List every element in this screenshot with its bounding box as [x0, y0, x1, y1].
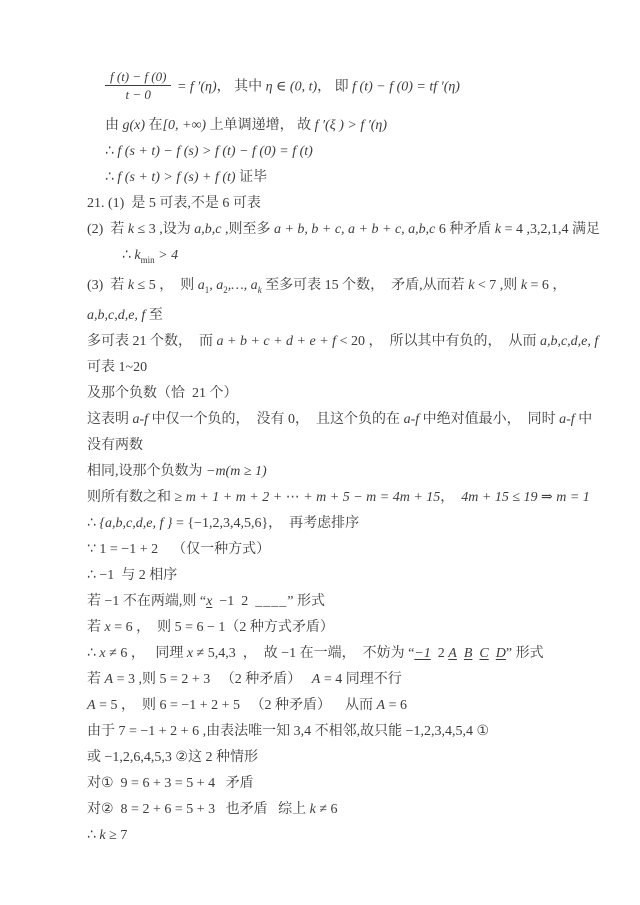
text-segment: min: [141, 255, 155, 265]
text-segment: < 7 ,则: [474, 278, 520, 293]
text-segment: = 6 ， 则 5 = 6 − 1（2 种方式矛盾）: [111, 620, 334, 635]
text-segment: g(x): [123, 118, 146, 133]
text-segment: ____: [255, 594, 287, 609]
text-segment: ,则至多: [221, 222, 274, 237]
document-body: f (t) − f (0)t − 0 = f ′(η)， 其中 η ∈ (0, …: [87, 66, 600, 849]
text-segment: ,…, a: [228, 278, 258, 293]
text-segment: 中仅一个负的， 没有 0， 且这个负的在: [148, 412, 404, 427]
text-segment: (3) 若: [87, 278, 128, 293]
text-line: 则所有数之和 ≥ m + 1 + m + 2 + ⋯ + m + 5 − m =…: [87, 485, 600, 511]
text-segment: 则所有数之和 ≥: [87, 490, 186, 505]
text-segment: ≤ 3 ,设为: [134, 222, 194, 237]
text-segment: ≠ 6 ， 同理: [106, 646, 187, 661]
text-segment: A: [87, 698, 96, 713]
text-segment: 对① 9 = 6 + 3 = 5 + 4 矛盾: [87, 776, 254, 791]
text-segment: 上单调递增， 故: [206, 118, 315, 133]
text-segment: 多可表 21 个数， 而: [87, 334, 217, 349]
text-segment: = {−1,2,3,4,5,6}， 再考虑排序: [172, 516, 359, 531]
text-line: ∴ {a,b,c,d,e, f } = {−1,2,3,4,5,6}， 再考虑排…: [87, 511, 600, 537]
text-segment: 证毕: [236, 170, 268, 185]
text-segment: ∵ 1 = −1 + 2 （仅一种方式）: [87, 542, 270, 557]
text-segment: > 4: [155, 248, 178, 263]
text-line: 若 A = 3 ,则 5 = 2 + 3 （2 种矛盾） A = 4 同理不行: [87, 667, 600, 693]
text-segment: ， 即: [317, 80, 352, 95]
text-segment: −1 2: [212, 594, 255, 609]
text-line: 若 −1 不在两端,则 “x −1 2 ____” 形式: [87, 589, 600, 615]
text-segment: 在: [145, 118, 163, 133]
text-segment: = 5 ， 则 6 = −1 + 2 + 5 （2 种矛盾） 从而: [96, 698, 377, 713]
text-segment: 由于 7 = −1 + 2 + 6 ,由表法唯一知 3,4 不相邻,故只能 −1…: [87, 724, 489, 739]
fraction-numerator: f (t) − f (0): [105, 68, 171, 85]
text-line: ∵ 1 = −1 + 2 （仅一种方式）: [87, 537, 600, 563]
text-segment: D: [496, 646, 506, 661]
text-segment: ∴: [87, 646, 99, 661]
text-segment: ” 形式: [506, 646, 544, 661]
text-segment: a: [198, 278, 205, 293]
text-segment: a,b,c: [194, 222, 221, 237]
text-segment: A: [105, 672, 114, 687]
text-segment: C: [479, 646, 488, 661]
text-line: ∴ k ≥ 7: [87, 823, 600, 849]
text-line: 或 −1,2,6,4,5,3 ②这 2 种情形: [87, 745, 600, 771]
text-line: f (t) − f (0)t − 0 = f ′(η)， 其中 η ∈ (0, …: [105, 66, 600, 113]
text-segment: f (t) − f (0) = tf ′(η): [352, 80, 460, 95]
text-segment: 至多可表 15 个数， 矛盾,从而若: [262, 278, 469, 293]
text-segment: 中绝对值最小， 同时: [419, 412, 559, 427]
text-segment: ∴: [122, 248, 134, 263]
text-line: 由 g(x) 在[0, +∞) 上单调递增， 故 f ′(ξ ) > f ′(η…: [105, 113, 600, 139]
text-line: 这表明 a-f 中仅一个负的， 没有 0， 且这个负的在 a-f 中绝对值最小，…: [87, 407, 600, 459]
text-segment: ” 形式: [287, 594, 325, 609]
text-segment: a + b + c + d + e + f: [217, 334, 337, 349]
text-segment: ∴: [105, 170, 117, 185]
text-line: 由于 7 = −1 + 2 + 6 ,由表法唯一知 3,4 不相邻,故只能 −1…: [87, 719, 600, 745]
text-segment: < 20 ， 所以其中有负的， 从而: [336, 334, 540, 349]
text-line: ∴ kmin > 4: [122, 243, 600, 273]
text-segment: ∴ −1 与 2 相序: [87, 568, 177, 583]
text-segment: A: [448, 646, 457, 661]
text-segment: 2: [431, 646, 449, 661]
text-line: ∴ f (s + t) − f (s) > f (t) − f (0) = f …: [105, 139, 600, 165]
text-segment: 由: [105, 118, 123, 133]
text-segment: ≤ 5 ， 则: [134, 278, 198, 293]
text-segment: 这表明: [87, 412, 133, 427]
text-segment: 及那个负数（恰 21 个）: [87, 386, 238, 401]
text-segment: = 3 ,则 5 = 2 + 3 （2 种矛盾）: [113, 672, 312, 687]
text-line: ∴ f (s + t) > f (s) + f (t) 证毕: [105, 165, 600, 191]
text-segment: a,b,c,d,e, f: [87, 308, 145, 323]
text-segment: ∴: [87, 828, 99, 843]
text-segment: = 4 ,3,2,1,4 满足: [501, 222, 600, 237]
text-segment: ≠ 5,4,3 ， 故 −1 在一端， 不妨为 “: [193, 646, 414, 661]
text-segment: = 4 同理不行: [320, 672, 401, 687]
text-segment: ，: [440, 490, 461, 505]
text-segment: a-f: [133, 412, 149, 427]
text-segment: −m(m ≥ 1): [206, 464, 267, 479]
text-segment: ≠ 6: [316, 802, 338, 817]
text-segment: ∴: [87, 516, 99, 531]
text-segment: , a: [209, 278, 223, 293]
text-segment: A: [377, 698, 386, 713]
text-line: 多可表 21 个数， 而 a + b + c + d + e + f < 20 …: [87, 329, 600, 381]
text-line: (2) 若 k ≤ 3 ,设为 a,b,c ,则至多 a + b, b + c,…: [87, 217, 600, 243]
text-segment: a-f: [559, 412, 575, 427]
text-segment: m + 1 + m + 2 + ⋯ + m + 5 − m = 4m + 15: [186, 490, 441, 505]
text-line: A = 5 ， 则 6 = −1 + 2 + 5 （2 种矛盾） 从而 A = …: [87, 693, 600, 719]
text-segment: ， 其中: [217, 80, 266, 95]
text-segment: a,b,c,d,e, f: [540, 334, 598, 349]
text-segment: 6 种矛盾: [435, 222, 495, 237]
text-segment: a + b, b + c, a + b + c, a,b,c: [274, 222, 435, 237]
text-segment: = 6 ，: [527, 278, 573, 293]
text-segment: f (s + t) > f (s) + f (t): [117, 170, 235, 185]
text-line: ∴ −1 与 2 相序: [87, 563, 600, 589]
text-line: 对① 9 = 6 + 3 = 5 + 4 矛盾: [87, 771, 600, 797]
fraction-denominator: t − 0: [105, 85, 171, 103]
text-segment: 21. (1) 是 5 可表,不是 6 可表: [87, 196, 261, 211]
text-segment: = 6: [385, 698, 407, 713]
text-segment: 对② 8 = 2 + 6 = 5 + 3 也矛盾 综上: [87, 802, 310, 817]
math-fraction: f (t) − f (0)t − 0: [105, 68, 171, 103]
text-segment: ≥ 7: [106, 828, 128, 843]
text-line: 及那个负数（恰 21 个）: [87, 381, 600, 407]
text-segment: = f ′(η): [173, 80, 216, 95]
text-line: (3) 若 k ≤ 5 ， 则 a1, a2,…, ak 至多可表 15 个数，…: [87, 273, 600, 329]
text-line: 若 x = 6 ， 则 5 = 6 − 1（2 种方式矛盾）: [87, 615, 600, 641]
text-line: 相同,设那个负数为 −m(m ≥ 1): [87, 459, 600, 485]
text-segment: {a,b,c,d,e, f }: [99, 516, 172, 531]
text-segment: a-f: [404, 412, 420, 427]
text-segment: ∴: [105, 144, 117, 159]
text-line: 对② 8 = 2 + 6 = 5 + 3 也矛盾 综上 k ≠ 6: [87, 797, 600, 823]
text-segment: (2) 若: [87, 222, 128, 237]
text-segment: [0, +∞): [163, 118, 207, 133]
text-segment: 若: [87, 620, 105, 635]
text-segment: [489, 646, 496, 661]
text-segment: 若 −1 不在两端,则 “: [87, 594, 206, 609]
text-segment: −1: [414, 646, 430, 661]
text-line: 21. (1) 是 5 可表,不是 6 可表: [87, 191, 600, 217]
text-segment: η ∈ (0, t): [266, 80, 318, 95]
document-page: f (t) − f (0)t − 0 = f ′(η)， 其中 η ∈ (0, …: [0, 0, 640, 905]
text-line: ∴ x ≠ 6 ， 同理 x ≠ 5,4,3 ， 故 −1 在一端， 不妨为 “…: [87, 641, 600, 667]
text-segment: f ′(ξ ) > f ′(η): [315, 118, 387, 133]
text-segment: 若: [87, 672, 105, 687]
text-segment: f (s + t) − f (s) > f (t) − f (0) = f (t…: [117, 144, 312, 159]
text-segment: 或 −1,2,6,4,5,3 ②这 2 种情形: [87, 750, 258, 765]
text-segment: 4m + 15 ≤ 19 ⇒ m = 1: [461, 490, 590, 505]
text-segment: 相同,设那个负数为: [87, 464, 206, 479]
text-segment: [457, 646, 464, 661]
text-segment: 至: [145, 308, 163, 323]
